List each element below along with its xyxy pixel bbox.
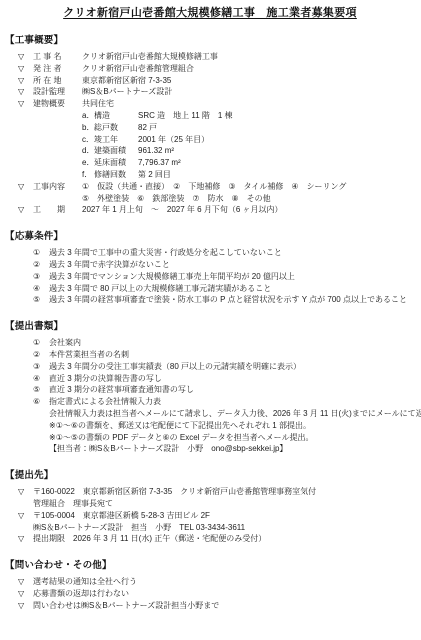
destination-item-deadline: ▽ 提出期限 2026 年 3 月 11 日(水) 正午（郵送・宅配便のみ受付）	[5, 533, 415, 545]
section-apply-conditions: 【応募条件】 ① 過去 3 年間で工事中の重大災害・行政処分を起こしていないこと…	[5, 230, 415, 306]
triangle-marker-icon: ▽	[18, 75, 33, 87]
detail-label: 延床面積	[94, 157, 138, 169]
item-text: 本件営業担当者の名刺	[49, 349, 415, 361]
overview-row-location: ▽ 所 在 地 東京都新宿区新宿 7-3-35	[5, 75, 415, 87]
row-label: 建物概要	[33, 98, 82, 110]
triangle-marker-icon: ▽	[18, 588, 33, 600]
building-detail-repair-count: f． 修繕回数 第 2 回目	[5, 169, 415, 181]
building-detail-completion-year: c． 竣工年 2001 年（25 年目）	[5, 134, 415, 146]
section-heading-contact: 【問い合わせ・その他】	[5, 559, 415, 572]
item-text: 過去 3 年間分の受注工事実績表（80 戸以上の元請実績を明確に表示）	[49, 361, 415, 373]
row-label: 発 注 者	[33, 63, 82, 75]
triangle-marker-icon: ▽	[18, 600, 33, 612]
destination-address: 〒105-0004 東京都港区新橋 5-28-3 吉田ビル 2F	[33, 510, 415, 522]
document-item: ③ 過去 3 年間分の受注工事実績表（80 戸以上の元請実績を明確に表示）	[5, 361, 415, 373]
section-submission-destination: 【提出先】 ▽ 〒160-0022 東京都新宿区新宿 7-3-35 クリオ新宿戸…	[5, 469, 415, 545]
work-content-line-1: ① 仮設（共通・直接） ② 下地補修 ③ タイル補修 ④ シーリング	[82, 181, 415, 193]
detail-value: 2001 年（25 年目）	[138, 134, 415, 146]
item-number: ①	[33, 247, 49, 259]
item-text: 過去 3 年間で 80 戸以上の大規模修繕工事元請実績があること	[49, 283, 415, 295]
item-number: ③	[33, 361, 49, 373]
destination-lines: 提出期限 2026 年 3 月 11 日(水) 正午（郵送・宅配便のみ受付）	[33, 533, 415, 545]
item-text: 過去 3 年間でマンション大規模修繕工事売上年間平均が 20 億円以上	[49, 271, 415, 283]
item-number: ④	[33, 283, 49, 295]
apply-condition-item: ③ 過去 3 年間でマンション大規模修繕工事売上年間平均が 20 億円以上	[5, 271, 415, 283]
detail-label: 修繕回数	[94, 169, 138, 181]
work-content-line-2: ⑤ 外壁塗装 ⑥ 鉄部塗装 ⑦ 防水 ⑧ その他	[82, 193, 415, 205]
item-number: ②	[33, 259, 49, 271]
item-text: 過去 3 年間で赤字決算がないこと	[49, 259, 415, 271]
triangle-marker-icon: ▽	[18, 51, 33, 63]
item-number: ⑤	[33, 384, 49, 396]
item-text: 会社案内	[49, 337, 415, 349]
overview-row-design-supervision: ▽ 設計監理 ㈱S＆Bパートナーズ設計	[5, 86, 415, 98]
row-label: 工 期	[33, 204, 82, 216]
destination-addressee: 管理組合 理事長宛て	[33, 498, 415, 510]
item-text: 直近 3 期分の決算報告書の写し	[49, 373, 415, 385]
item-text: 過去 3 年間で工事中の重大災害・行政処分を起こしていないこと	[49, 247, 415, 259]
detail-key: a．	[82, 110, 94, 122]
item-number: ⑥	[33, 396, 49, 408]
section-heading-overview: 【工事概要】	[5, 34, 415, 47]
item-number: ③	[33, 271, 49, 283]
row-value: 共同住宅	[82, 98, 415, 110]
building-detail-units: b． 総戸数 82 戸	[5, 122, 415, 134]
triangle-marker-icon: ▽	[18, 486, 33, 510]
item-number: ①	[33, 337, 49, 349]
row-value: クリオ新宿戸山壱番館管理組合	[82, 63, 415, 75]
detail-key: e．	[82, 157, 94, 169]
triangle-marker-icon: ▽	[18, 98, 33, 110]
detail-key: f．	[82, 169, 94, 181]
apply-condition-item: ⑤ 過去 3 年間の経営事項審査で塗装・防水工事の P 点と経営状況を示す Y …	[5, 294, 415, 306]
document-item: ② 本件営業担当者の名刺	[5, 349, 415, 361]
detail-value: 第 2 回目	[138, 169, 415, 181]
detail-value: SRC 造 地上 11 階 1 棟	[138, 110, 415, 122]
document-item: ④ 直近 3 期分の決算報告書の写し	[5, 373, 415, 385]
docs-note-mail-submission: ※①～⑥の書類を、郵送又は宅配便にて下記提出先へそれぞれ 1 部提出。	[5, 420, 415, 432]
detail-label: 竣工年	[94, 134, 138, 146]
document-item: ⑥ 指定書式による会社情報入力表	[5, 396, 415, 408]
apply-condition-item: ② 過去 3 年間で赤字決算がないこと	[5, 259, 415, 271]
detail-label: 建築面積	[94, 145, 138, 157]
destination-item-management-office: ▽ 〒160-0022 東京都新宿区新宿 7-3-35 クリオ新宿戸山壱番館管理…	[5, 486, 415, 510]
item-number: ②	[33, 349, 49, 361]
overview-row-orderer: ▽ 発 注 者 クリオ新宿戸山壱番館管理組合	[5, 63, 415, 75]
apply-condition-item: ① 過去 3 年間で工事中の重大災害・行政処分を起こしていないこと	[5, 247, 415, 259]
destination-lines: 〒105-0004 東京都港区新橋 5-28-3 吉田ビル 2F ㈱S＆Bパート…	[33, 510, 415, 534]
section-heading-docs: 【提出書類】	[5, 320, 415, 333]
triangle-marker-icon: ▽	[18, 181, 33, 205]
section-overview: 【工事概要】 ▽ 工 事 名 クリオ新宿戸山壱番館大規模修繕工事 ▽ 発 注 者…	[5, 34, 415, 216]
document-page: クリオ新宿戸山壱番館大規模修繕工事 施工業者募集要項 【工事概要】 ▽ 工 事 …	[0, 0, 421, 615]
triangle-marker-icon: ▽	[18, 533, 33, 545]
section-contact-others: 【問い合わせ・その他】 ▽ 選考結果の通知は全社へ行う ▽ 応募書類の返却は行わ…	[5, 559, 415, 611]
contact-text: 問い合わせは㈱S＆Bパートナーズ設計担当小野まで	[33, 600, 415, 612]
detail-key: b．	[82, 122, 94, 134]
destination-address: 〒160-0022 東京都新宿区新宿 7-3-35 クリオ新宿戸山壱番館管理事務…	[33, 486, 415, 498]
docs-note-request-form: 会社情報入力表は担当者へメールにて請求し、データ入力後、2026 年 3 月 1…	[5, 408, 415, 420]
contact-text: 選考結果の通知は全社へ行う	[33, 576, 415, 588]
row-value: ㈱S＆Bパートナーズ設計	[82, 86, 415, 98]
docs-note-contact-person: 【担当者：㈱S＆Bパートナーズ設計 小野 ono@sbp-sekkei.jp】	[5, 443, 415, 455]
destination-lines: 〒160-0022 東京都新宿区新宿 7-3-35 クリオ新宿戸山壱番館管理事務…	[33, 486, 415, 510]
building-detail-building-area: d． 建築面積 961.32 m²	[5, 145, 415, 157]
contact-item-inquiry: ▽ 問い合わせは㈱S＆Bパートナーズ設計担当小野まで	[5, 600, 415, 612]
triangle-marker-icon: ▽	[18, 204, 33, 216]
triangle-marker-icon: ▽	[18, 86, 33, 98]
row-label: 工事内容	[33, 181, 82, 205]
contact-text: 応募書類の返却は行わない	[33, 588, 415, 600]
item-text: 過去 3 年間の経営事項審査で塗装・防水工事の P 点と経営状況を示す Y 点が…	[49, 294, 415, 306]
row-value: 2027 年 1 月上旬 ～ 2027 年 6 月下旬（6 ヶ月以内）	[82, 204, 415, 216]
section-submission-documents: 【提出書類】 ① 会社案内 ② 本件営業担当者の名刺 ③ 過去 3 年間分の受注…	[5, 320, 415, 455]
document-title: クリオ新宿戸山壱番館大規模修繕工事 施工業者募集要項	[5, 6, 415, 20]
detail-label: 総戸数	[94, 122, 138, 134]
contact-item-no-return: ▽ 応募書類の返却は行わない	[5, 588, 415, 600]
item-text: 直近 3 期分の経営事項審査通知書の写し	[49, 384, 415, 396]
document-item: ① 会社案内	[5, 337, 415, 349]
row-label: 工 事 名	[33, 51, 82, 63]
destination-addressee: ㈱S＆Bパートナーズ設計 担当 小野 TEL 03-3434-3611	[33, 522, 415, 534]
row-label: 所 在 地	[33, 75, 82, 87]
overview-row-period: ▽ 工 期 2027 年 1 月上旬 ～ 2027 年 6 月下旬（6 ヶ月以内…	[5, 204, 415, 216]
detail-key: d．	[82, 145, 94, 157]
document-item: ⑤ 直近 3 期分の経営事項審査通知書の写し	[5, 384, 415, 396]
row-value: 東京都新宿区新宿 7-3-35	[82, 75, 415, 87]
detail-value: 7,796.37 m²	[138, 157, 415, 169]
row-label: 設計監理	[33, 86, 82, 98]
building-detail-floor-area: e． 延床面積 7,796.37 m²	[5, 157, 415, 169]
overview-row-work-content: ▽ 工事内容 ① 仮設（共通・直接） ② 下地補修 ③ タイル補修 ④ シーリン…	[5, 181, 415, 205]
overview-row-work-name: ▽ 工 事 名 クリオ新宿戸山壱番館大規模修繕工事	[5, 51, 415, 63]
building-detail-structure: a． 構造 SRC 造 地上 11 階 1 棟	[5, 110, 415, 122]
triangle-marker-icon: ▽	[18, 510, 33, 534]
contact-item-notification: ▽ 選考結果の通知は全社へ行う	[5, 576, 415, 588]
destination-item-design-office: ▽ 〒105-0004 東京都港区新橋 5-28-3 吉田ビル 2F ㈱S＆Bパ…	[5, 510, 415, 534]
detail-label: 構造	[94, 110, 138, 122]
item-text: 指定書式による会社情報入力表	[49, 396, 415, 408]
docs-note-pdf-excel: ※①～⑤の書類の PDF データと⑥の Excel データを担当者へメール提出。	[5, 432, 415, 444]
submission-deadline: 提出期限 2026 年 3 月 11 日(水) 正午（郵送・宅配便のみ受付）	[33, 533, 415, 545]
detail-value: 82 戸	[138, 122, 415, 134]
section-heading-apply: 【応募条件】	[5, 230, 415, 243]
section-heading-dest: 【提出先】	[5, 469, 415, 482]
detail-key: c．	[82, 134, 94, 146]
row-value: クリオ新宿戸山壱番館大規模修繕工事	[82, 51, 415, 63]
apply-condition-item: ④ 過去 3 年間で 80 戸以上の大規模修繕工事元請実績があること	[5, 283, 415, 295]
item-number: ⑤	[33, 294, 49, 306]
item-number: ④	[33, 373, 49, 385]
detail-value: 961.32 m²	[138, 145, 415, 157]
work-content-lines: ① 仮設（共通・直接） ② 下地補修 ③ タイル補修 ④ シーリング ⑤ 外壁塗…	[82, 181, 415, 205]
triangle-marker-icon: ▽	[18, 63, 33, 75]
overview-row-building-outline: ▽ 建物概要 共同住宅	[5, 98, 415, 110]
triangle-marker-icon: ▽	[18, 576, 33, 588]
